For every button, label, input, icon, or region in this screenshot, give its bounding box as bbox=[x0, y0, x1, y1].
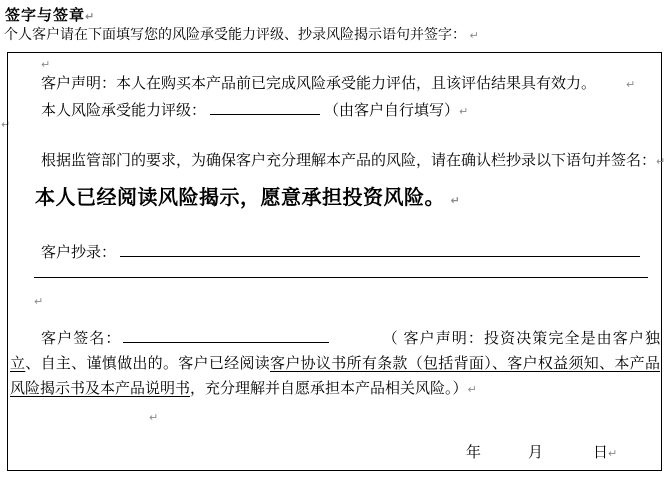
customer-declaration-text: 客户声明：本人在购买本产品前已完成风险承受能力评估，且该评估结果具有效力。 bbox=[41, 76, 596, 92]
paragraph-mark: ↵ bbox=[459, 105, 468, 118]
signature-paragraph: 客户签名：（ 客户声明：投资决策完全是由客户独立、自主、谨慎做出的。客户已经阅读… bbox=[10, 327, 660, 402]
signature-note-seg2-underlined: 立 bbox=[10, 356, 25, 372]
paragraph-mark: ↵ bbox=[656, 155, 665, 168]
document-page: { "marks": { "pilcrow": "↵" }, "header":… bbox=[0, 0, 668, 477]
signature-note-seg5: ，充分理解并自愿承担本产品相关风险。） bbox=[190, 381, 468, 397]
copy-label: 客户抄录： bbox=[41, 245, 116, 261]
copy-blank-field[interactable] bbox=[120, 242, 640, 257]
paragraph-mark: ↵ bbox=[41, 58, 50, 71]
risk-statement: 本人已经阅读风险揭示，愿意承担投资风险。 ↵ bbox=[35, 181, 460, 210]
paragraph-mark: ↵ bbox=[34, 295, 43, 308]
paragraph-mark: ↵ bbox=[468, 383, 477, 396]
rating-line: 本人风险承受能力评级：（由客户自行填写）↵ bbox=[41, 99, 468, 120]
signature-label: 客户签名： bbox=[41, 331, 121, 347]
date-line: 年月日↵ bbox=[466, 441, 617, 462]
copy-extra-writing-line[interactable] bbox=[34, 277, 648, 278]
intro-text: 个人客户请在下面填写您的风险承受能力评级、抄录风险揭示语句并签字： ↵ bbox=[4, 24, 479, 44]
customer-declaration: 客户声明：本人在购买本产品前已完成风险承受能力评估，且该评估结果具有效力。↵ bbox=[41, 72, 635, 93]
page-title-text: 签字与签章 bbox=[5, 8, 85, 24]
regulator-instruction-text: 根据监管部门的要求，为确保客户充分理解本产品的风险，请在确认栏抄录以下语句并签名… bbox=[41, 153, 656, 169]
signature-note-seg3: 、自主、谨慎做出的。客户已经阅读 bbox=[25, 356, 270, 372]
paragraph-mark: ↵ bbox=[85, 10, 95, 23]
copy-line: 客户抄录： bbox=[41, 241, 640, 262]
rating-hint: （由客户自行填写） bbox=[324, 103, 459, 119]
paragraph-mark: ↵ bbox=[149, 411, 158, 424]
paragraph-mark: ↵ bbox=[470, 29, 479, 42]
rating-label: 本人风险承受能力评级： bbox=[41, 103, 206, 119]
risk-statement-text: 本人已经阅读风险揭示，愿意承担投资风险。 bbox=[35, 187, 445, 209]
signature-note-seg1: （ 客户声明：投资决策完全是由客户独 bbox=[381, 331, 660, 347]
date-year-label: 年 bbox=[466, 445, 481, 461]
date-day-label: 日 bbox=[593, 445, 608, 461]
paragraph-mark: ↵ bbox=[626, 78, 635, 91]
date-month-label: 月 bbox=[528, 445, 543, 461]
regulator-instruction: 根据监管部门的要求，为确保客户充分理解本产品的风险，请在确认栏抄录以下语句并签名… bbox=[41, 149, 665, 170]
signature-blank-field[interactable] bbox=[123, 328, 329, 343]
rating-blank-field[interactable] bbox=[210, 100, 320, 115]
page-title: 签字与签章↵ bbox=[5, 4, 95, 25]
intro-text-content: 个人客户请在下面填写您的风险承受能力评级、抄录风险揭示语句并签字： bbox=[4, 28, 466, 43]
paragraph-mark: ↵ bbox=[608, 447, 617, 460]
paragraph-mark: ↵ bbox=[451, 194, 461, 207]
signature-form-box: ↵ 客户声明：本人在购买本产品前已完成风险承受能力评估，且该评估结果具有效力。↵… bbox=[7, 52, 662, 471]
